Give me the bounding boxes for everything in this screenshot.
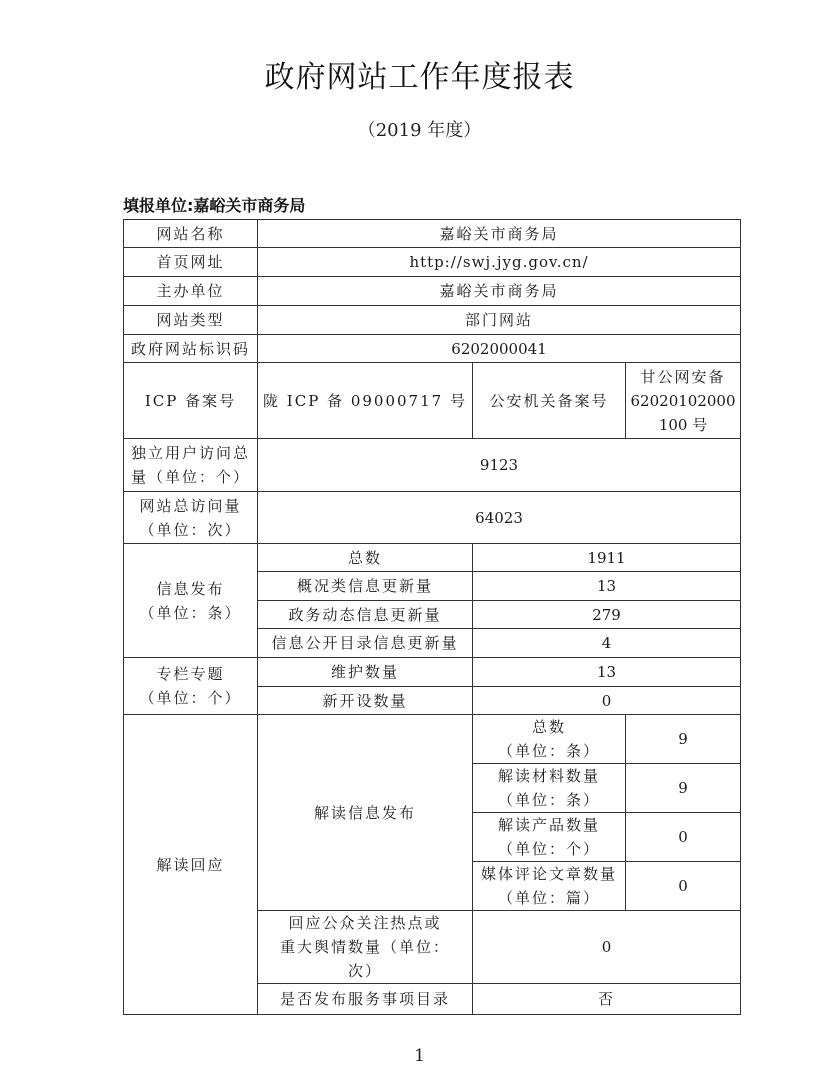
sponsor-label: 主办单位 bbox=[124, 277, 258, 306]
row-interp-total: 解读回应 解读信息发布 总数 （单位：条） 9 bbox=[124, 715, 741, 764]
interp-row-value: 0 bbox=[626, 813, 741, 862]
info-publish-label-line2: （单位：条） bbox=[126, 601, 255, 625]
row-sponsor: 主办单位 嘉峪关市商务局 bbox=[124, 277, 741, 306]
total-visits-label-line2: （单位：次） bbox=[126, 518, 255, 542]
unique-visitors-label-line2: 量（单位：个） bbox=[126, 465, 255, 489]
info-publish-label: 信息发布 （单位：条） bbox=[124, 544, 258, 658]
response-value: 0 bbox=[473, 911, 741, 984]
row-site-type: 网站类型 部门网站 bbox=[124, 306, 741, 335]
info-row-value: 13 bbox=[473, 572, 741, 601]
interp-row-label-line2: （单位：篇） bbox=[475, 886, 623, 910]
unique-visitors-value: 9123 bbox=[258, 439, 741, 492]
response-label: 回应公众关注热点或 重大舆情数量（单位： 次） bbox=[258, 911, 473, 984]
homepage-url-value: http://swj.jyg.gov.cn/ bbox=[258, 248, 741, 277]
page-title: 政府网站工作年度报表 bbox=[0, 52, 839, 96]
info-row-label: 概况类信息更新量 bbox=[258, 572, 473, 601]
service-catalog-value: 否 bbox=[473, 984, 741, 1015]
interp-row-label-line1: 解读产品数量 bbox=[475, 813, 623, 837]
total-visits-label-line1: 网站总访问量 bbox=[126, 494, 255, 518]
site-type-label: 网站类型 bbox=[124, 306, 258, 335]
unique-visitors-label-line1: 独立用户访问总 bbox=[126, 441, 255, 465]
interp-row-label: 媒体评论文章数量 （单位：篇） bbox=[473, 862, 626, 911]
gov-site-id-label: 政府网站标识码 bbox=[124, 335, 258, 363]
interp-row-label: 总数 （单位：条） bbox=[473, 715, 626, 764]
police-record-line2: 62020102000 bbox=[628, 389, 738, 413]
interp-row-label: 解读材料数量 （单位：条） bbox=[473, 764, 626, 813]
row-info-total: 信息发布 （单位：条） 总数 1911 bbox=[124, 544, 741, 572]
row-icp: ICP 备案号 陇 ICP 备 09000717 号 公安机关备案号 甘公网安备… bbox=[124, 363, 741, 439]
service-catalog-label: 是否发布服务事项目录 bbox=[258, 984, 473, 1015]
police-record-line1: 甘公网安备 bbox=[628, 365, 738, 389]
row-gov-site-id: 政府网站标识码 6202000041 bbox=[124, 335, 741, 363]
response-label-line1: 回应公众关注热点或 bbox=[260, 911, 470, 935]
page-number: 1 bbox=[0, 1046, 839, 1066]
police-record-value: 甘公网安备 62020102000 100 号 bbox=[626, 363, 741, 439]
interpretation-label: 解读回应 bbox=[124, 715, 258, 1015]
columns-row-value: 0 bbox=[473, 687, 741, 715]
icp-label: ICP 备案号 bbox=[124, 363, 258, 439]
response-label-line2: 重大舆情数量（单位： bbox=[260, 935, 470, 959]
columns-label: 专栏专题 （单位：个） bbox=[124, 658, 258, 715]
info-publish-label-line1: 信息发布 bbox=[126, 577, 255, 601]
total-visits-value: 64023 bbox=[258, 492, 741, 544]
row-total-visits: 网站总访问量 （单位：次） 64023 bbox=[124, 492, 741, 544]
interp-row-label: 解读产品数量 （单位：个） bbox=[473, 813, 626, 862]
interp-row-label-line1: 媒体评论文章数量 bbox=[475, 862, 623, 886]
info-row-value: 1911 bbox=[473, 544, 741, 572]
report-table: 网站名称 嘉峪关市商务局 首页网址 http://swj.jyg.gov.cn/… bbox=[123, 219, 741, 1015]
row-unique-visitors: 独立用户访问总 量（单位：个） 9123 bbox=[124, 439, 741, 492]
police-record-line3: 100 号 bbox=[628, 413, 738, 437]
total-visits-label: 网站总访问量 （单位：次） bbox=[124, 492, 258, 544]
interp-row-value: 9 bbox=[626, 715, 741, 764]
site-name-label: 网站名称 bbox=[124, 220, 258, 248]
unique-visitors-label: 独立用户访问总 量（单位：个） bbox=[124, 439, 258, 492]
report-year: （2019 年度） bbox=[0, 116, 839, 142]
columns-label-line1: 专栏专题 bbox=[126, 662, 255, 686]
columns-label-line2: （单位：个） bbox=[126, 686, 255, 710]
gov-site-id-value: 6202000041 bbox=[258, 335, 741, 363]
info-row-label: 政务动态信息更新量 bbox=[258, 601, 473, 629]
row-homepage-url: 首页网址 http://swj.jyg.gov.cn/ bbox=[124, 248, 741, 277]
interp-row-label-line2: （单位：条） bbox=[475, 788, 623, 812]
columns-row-value: 13 bbox=[473, 658, 741, 687]
info-row-label: 总数 bbox=[258, 544, 473, 572]
interp-row-value: 9 bbox=[626, 764, 741, 813]
columns-row-label: 维护数量 bbox=[258, 658, 473, 687]
interp-row-label-line2: （单位：个） bbox=[475, 837, 623, 861]
sponsor-value: 嘉峪关市商务局 bbox=[258, 277, 741, 306]
columns-row-label: 新开设数量 bbox=[258, 687, 473, 715]
info-row-value: 4 bbox=[473, 629, 741, 658]
response-label-line3: 次） bbox=[260, 959, 470, 983]
site-type-value: 部门网站 bbox=[258, 306, 741, 335]
filing-unit: 填报单位:嘉峪关市商务局 bbox=[123, 193, 305, 216]
interp-row-label-line1: 解读材料数量 bbox=[475, 764, 623, 788]
info-row-label: 信息公开目录信息更新量 bbox=[258, 629, 473, 658]
interpretation-publish-label: 解读信息发布 bbox=[258, 715, 473, 911]
interp-row-label-line1: 总数 bbox=[475, 715, 623, 739]
homepage-url-label: 首页网址 bbox=[124, 248, 258, 277]
interp-row-label-line2: （单位：条） bbox=[475, 739, 623, 763]
site-name-value: 嘉峪关市商务局 bbox=[258, 220, 741, 248]
row-site-name: 网站名称 嘉峪关市商务局 bbox=[124, 220, 741, 248]
police-record-label: 公安机关备案号 bbox=[473, 363, 626, 439]
row-columns-maintained: 专栏专题 （单位：个） 维护数量 13 bbox=[124, 658, 741, 687]
interp-row-value: 0 bbox=[626, 862, 741, 911]
info-row-value: 279 bbox=[473, 601, 741, 629]
icp-value: 陇 ICP 备 09000717 号 bbox=[258, 363, 473, 439]
